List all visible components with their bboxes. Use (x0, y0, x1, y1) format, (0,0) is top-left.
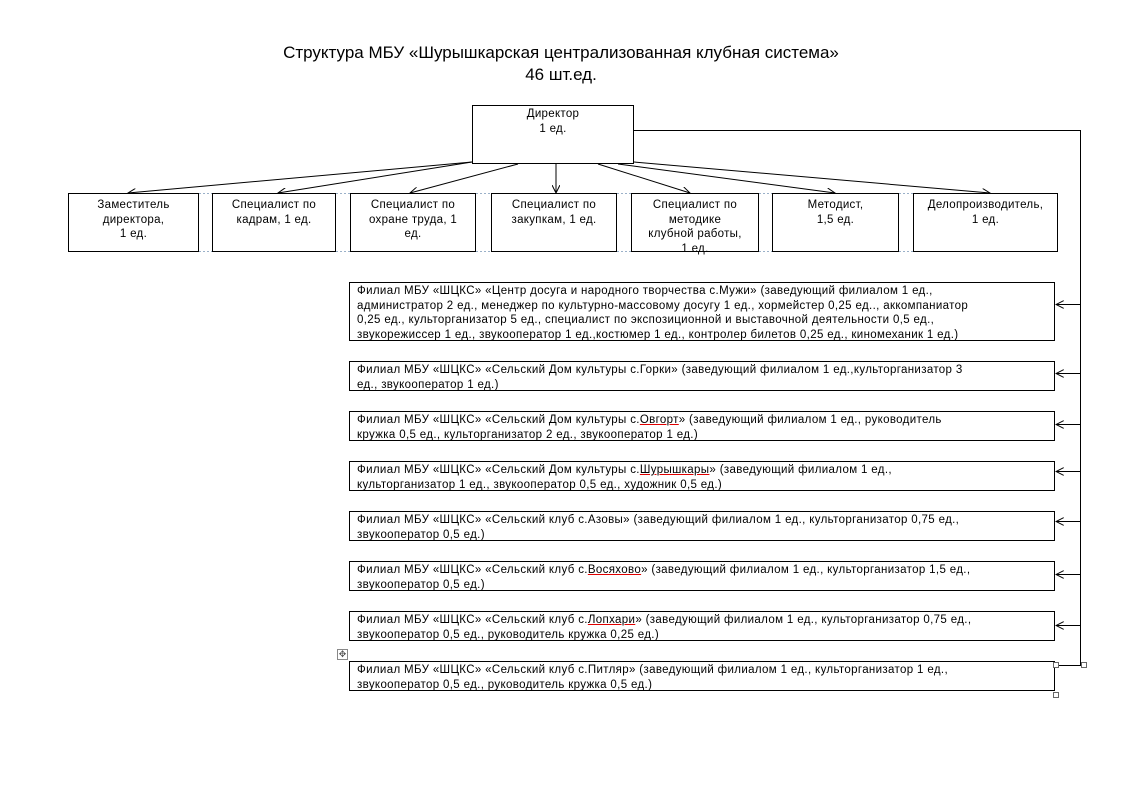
resize-handle[interactable] (1053, 662, 1059, 668)
branch-prefix: Филиал МБУ «ШЦКС» «Сельский Дом культуры… (357, 414, 640, 426)
staff-box-line: Специалист по (492, 198, 616, 213)
staff-box[interactable]: Специалист покадрам, 1 ед. (212, 193, 336, 252)
branch-line: звукооператор 0,5 ед., руководитель круж… (357, 678, 1048, 693)
resize-handle[interactable] (1081, 662, 1087, 668)
director-box[interactable]: Директор 1 ед. (472, 105, 634, 164)
chart-title: Структура МБУ «Шурышкарская централизова… (0, 42, 1122, 64)
branch-line: Филиал МБУ «ШЦКС» «Центр досуга и народн… (357, 284, 1048, 299)
branch-place-name: Восяхово (588, 564, 641, 576)
staff-box-line: охране труда, 1 (351, 213, 475, 228)
staff-box-line: 1,5 ед. (773, 213, 898, 228)
staff-box-line: Делопроизводитель, (914, 198, 1057, 213)
branch-line: звукооператор 0,5 ед., руководитель круж… (357, 628, 1048, 643)
staff-box[interactable]: Специалист позакупкам, 1 ед. (491, 193, 617, 252)
branch-place-name: Шурышкары (640, 464, 710, 476)
branch-line-rest: » (заведующий филиалом 1 ед., руководите… (679, 414, 942, 426)
branch-box[interactable]: Филиал МБУ «ШЦКС» «Сельский клуб с.Азовы… (349, 511, 1055, 541)
branch-prefix: Филиал МБУ «ШЦКС» «Сельский Дом культуры… (357, 464, 640, 476)
branch-line: Филиал МБУ «ШЦКС» «Сельский Дом культуры… (357, 413, 1048, 428)
director-count: 1 ед. (473, 122, 633, 137)
branch-line: культорганизатор 1 ед., звукооператор 0,… (357, 478, 1048, 493)
branch-place-name: Лопхари (588, 614, 635, 626)
branch-line: кружка 0,5 ед., культорганизатор 2 ед., … (357, 428, 1048, 443)
staff-box[interactable]: Специалист поохране труда, 1ед. (350, 193, 476, 252)
move-handle-icon[interactable]: ✥ (337, 649, 348, 660)
staff-box-line: ед. (351, 227, 475, 242)
staff-box-line: методике (632, 213, 758, 228)
staff-box-line: Специалист по (632, 198, 758, 213)
staff-box[interactable]: Делопроизводитель,1 ед. (913, 193, 1058, 252)
staff-box[interactable]: Методист,1,5 ед. (772, 193, 899, 252)
branch-line: администратор 2 ед., менеджер по культур… (357, 299, 1048, 314)
branch-line: Филиал МБУ «ШЦКС» «Сельский клуб с.Лопха… (357, 613, 1048, 628)
staff-box-line: 1 ед. (632, 242, 758, 257)
branch-prefix: Филиал МБУ «ШЦКС» «Сельский клуб с. (357, 564, 588, 576)
branch-line: Филиал МБУ «ШЦКС» «Сельский клуб с.Азовы… (357, 513, 1048, 528)
branch-box[interactable]: Филиал МБУ «ШЦКС» «Сельский клуб с.Лопха… (349, 611, 1055, 641)
staff-box-line: Методист, (773, 198, 898, 213)
resize-handle[interactable] (1053, 692, 1059, 698)
branch-box[interactable]: Филиал МБУ «ШЦКС» «Сельский Дом культуры… (349, 361, 1055, 391)
branch-line: Филиал МБУ «ШЦКС» «Сельский клуб с.Питля… (357, 663, 1048, 678)
branch-line: Филиал МБУ «ШЦКС» «Сельский Дом культуры… (357, 363, 1048, 378)
staff-box-line: Специалист по (213, 198, 335, 213)
staff-box[interactable]: Специалист пометодикеклубной работы,1 ед… (631, 193, 759, 252)
director-title: Директор (473, 107, 633, 122)
staff-box-line: 1 ед. (914, 213, 1057, 228)
staff-box-line: 1 ед. (69, 227, 198, 242)
branch-box[interactable]: Филиал МБУ «ШЦКС» «Сельский клуб с.Питля… (349, 661, 1055, 691)
branch-line-rest: » (заведующий филиалом 1 ед., (709, 464, 892, 476)
branch-box[interactable]: Филиал МБУ «ШЦКС» «Сельский Дом культуры… (349, 411, 1055, 441)
staff-box-line: закупкам, 1 ед. (492, 213, 616, 228)
branch-line: ед., звукооператор 1 ед.) (357, 378, 1048, 393)
branch-line-rest: » (заведующий филиалом 1 ед., культорган… (641, 564, 970, 576)
staff-box-line: клубной работы, (632, 227, 758, 242)
branch-line: звукорежиссер 1 ед., звукооператор 1 ед.… (357, 328, 1048, 343)
branch-line-rest: » (заведующий филиалом 1 ед., культорган… (635, 614, 971, 626)
staff-total: 46 шт.ед. (0, 64, 1122, 86)
branch-box[interactable]: Филиал МБУ «ШЦКС» «Сельский клуб с.Восях… (349, 561, 1055, 591)
staff-box-line: директора, (69, 213, 198, 228)
branch-line: Филиал МБУ «ШЦКС» «Сельский клуб с.Восях… (357, 563, 1048, 578)
branch-line: Филиал МБУ «ШЦКС» «Сельский Дом культуры… (357, 463, 1048, 478)
branch-line: звукооператор 0,5 ед.) (357, 528, 1048, 543)
branch-prefix: Филиал МБУ «ШЦКС» «Сельский клуб с. (357, 614, 588, 626)
branch-place-name: Овгорт (640, 414, 679, 426)
staff-box-line: Заместитель (69, 198, 198, 213)
branch-line: 0,25 ед., культорганизатор 5 ед., специа… (357, 313, 1048, 328)
branch-line: звукооператор 0,5 ед.) (357, 578, 1048, 593)
branch-box[interactable]: Филиал МБУ «ШЦКС» «Сельский Дом культуры… (349, 461, 1055, 491)
staff-box[interactable]: Заместительдиректора,1 ед. (68, 193, 199, 252)
staff-box-line: Специалист по (351, 198, 475, 213)
staff-box-line: кадрам, 1 ед. (213, 213, 335, 228)
branch-box[interactable]: Филиал МБУ «ШЦКС» «Центр досуга и народн… (349, 282, 1055, 341)
